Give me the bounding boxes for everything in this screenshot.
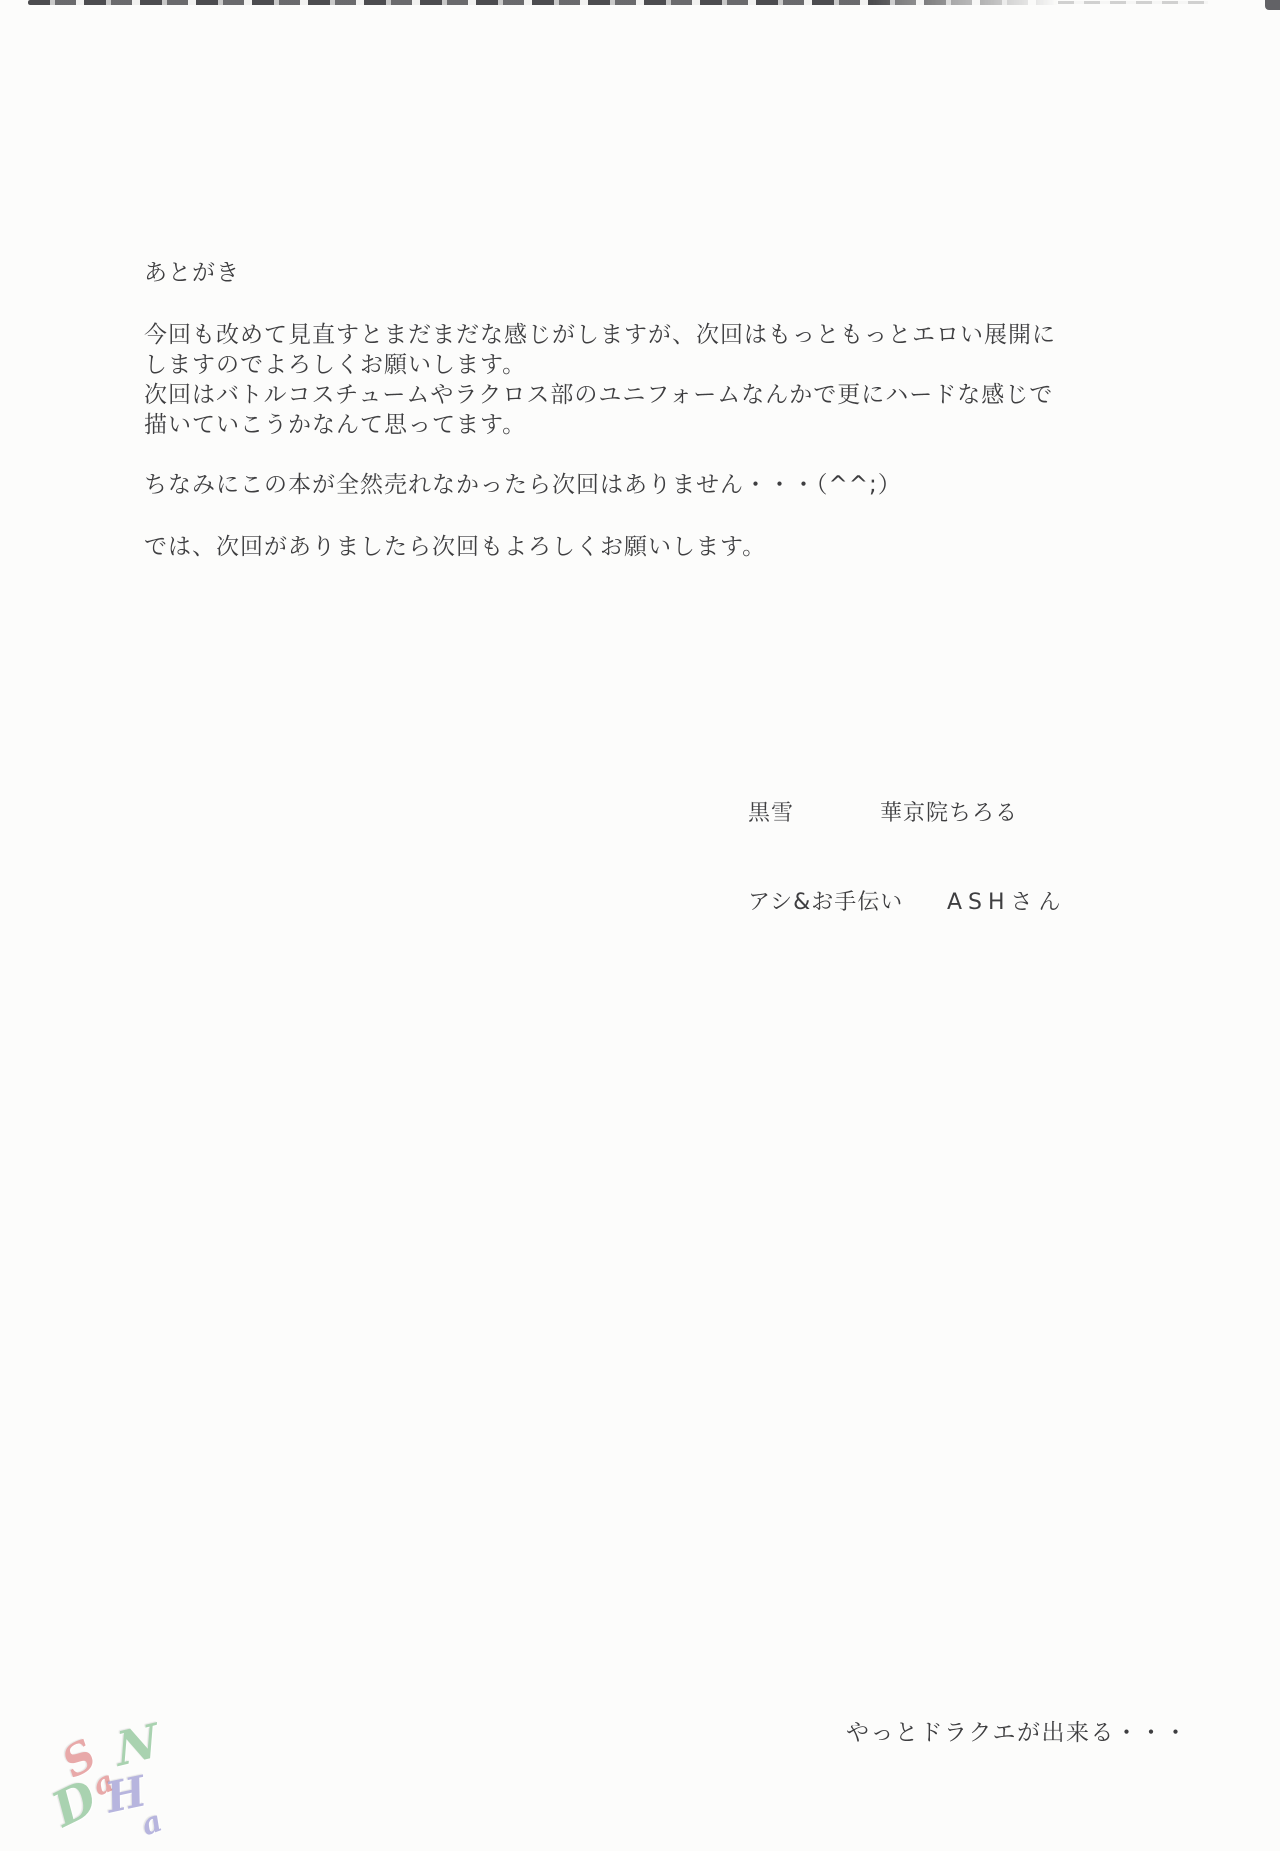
scan-artifact-top-edge-tail (1058, 1, 1208, 4)
scan-artifact-top-right-corner (1265, 0, 1280, 10)
paragraph-line: しますのでよろしくお願いします。 (144, 350, 1056, 380)
watermark-letter: a (137, 1804, 167, 1844)
afterword-paragraph-2: ちなみにこの本が全然売れなかったら次回はありません・・・（^^;） (144, 470, 902, 500)
credit-artist-name: 華京院ちろる (880, 801, 1018, 826)
watermark-letter: a (88, 1764, 119, 1804)
credit-row-character: 黒雪華京院ちろる (748, 796, 1018, 827)
afterword-paragraph-3: では、次回がありましたら次回もよろしくお願いします。 (144, 532, 766, 562)
watermark-letter: N (114, 1713, 160, 1777)
saha-watermark: S a N D H a (52, 1720, 182, 1845)
afterword-title: あとがき (144, 258, 240, 288)
bottom-note: やっとドラクエが出来る・・・ (846, 1714, 1189, 1747)
afterword-paragraph-1: 今回も改めて見直すとまだまだな感じがしますが、次回はもっともっとエロい展開に し… (144, 320, 1056, 440)
credit-character-name: 黒雪 (748, 796, 880, 827)
credit-assistant-name: ASHさん (947, 890, 1067, 915)
credit-row-assistant: アシ&お手伝いASHさん (748, 885, 1067, 916)
watermark-letter: D (44, 1770, 106, 1839)
scan-artifact-top-edge (28, 0, 1058, 5)
paragraph-line: 今回も改めて見直すとまだまだな感じがしますが、次回はもっともっとエロい展開に (144, 320, 1056, 350)
afterword-page: あとがき 今回も改めて見直すとまだまだな感じがしますが、次回はもっともっとエロい… (0, 0, 1280, 1851)
credit-assistant-label: アシ&お手伝い (748, 885, 947, 916)
watermark-letter: S (54, 1730, 105, 1788)
paragraph-line: 次回はバトルコスチュームやラクロス部のユニフォームなんかで更にハードな感じで (144, 380, 1056, 410)
watermark-letter: H (101, 1766, 150, 1822)
paragraph-line: 描いていこうかなんて思ってます。 (144, 410, 1056, 440)
